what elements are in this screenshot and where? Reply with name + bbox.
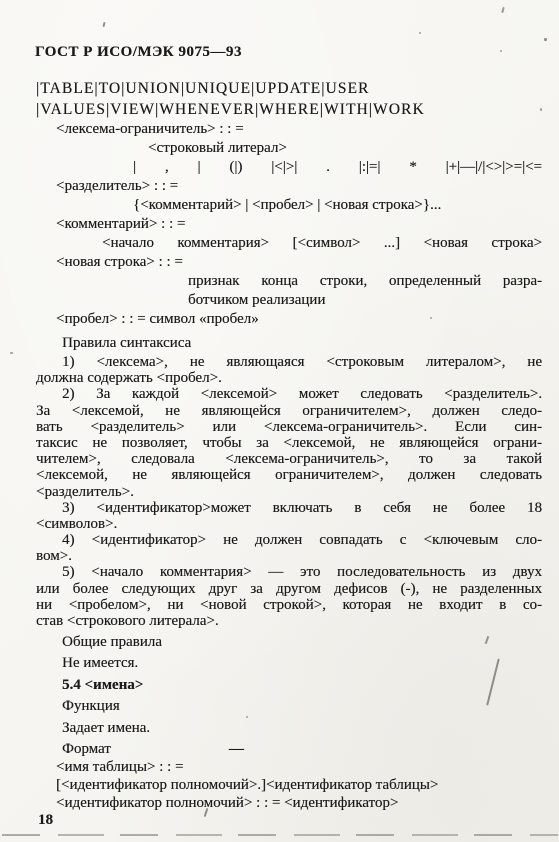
rule-line: За <лексемой, не являющейся ограничителе… bbox=[36, 403, 542, 419]
rule-line: 1) <лексема>, не являющаяся <строковым л… bbox=[36, 354, 542, 370]
scan-speck bbox=[500, 50, 502, 52]
syntax-rules-heading: Правила синтаксиса bbox=[36, 335, 542, 352]
bnf-line: <комментарий> : : = bbox=[36, 215, 542, 234]
bnf-line: {<комментарий> | <пробел> | <новая строк… bbox=[36, 196, 542, 215]
bnf-line: <начало комментария> [<символ> ...] <нов… bbox=[36, 234, 542, 253]
scan-speck bbox=[246, 716, 248, 718]
bottom-scan-rule bbox=[2, 834, 558, 836]
rule-line: таксис не позволяет, чтобы за <лексемой,… bbox=[36, 435, 542, 451]
standard-number-header: ГОСТ Р ИСО/МЭК 9075—93 bbox=[35, 44, 242, 61]
function-text: Задает имена. bbox=[36, 720, 542, 737]
format-heading-line: Формат— bbox=[36, 741, 542, 758]
scan-speck bbox=[544, 38, 547, 41]
rule-line: 4) <идентификатор> не должен совпадать с… bbox=[36, 532, 542, 548]
scan-speck bbox=[103, 22, 106, 27]
bnf-line: признак конца строки, определенный разра… bbox=[36, 272, 542, 291]
scan-speck bbox=[419, 32, 421, 34]
page-number: 18 bbox=[38, 812, 53, 829]
bnf-line: ботчиком реализации bbox=[36, 291, 542, 310]
bnf-line: <идентификатор полномочий> : : = <иденти… bbox=[36, 794, 542, 812]
bnf-line: <лексема-ограничитель> : : = bbox=[36, 120, 542, 139]
format-heading: Формат bbox=[62, 741, 111, 757]
rule-line: 5) <начало комментария> — это последоват… bbox=[36, 564, 542, 580]
rule-line: вать <разделитель> или <лексема-ограничи… bbox=[36, 419, 542, 435]
scan-speck bbox=[540, 108, 542, 111]
bnf-line: <имя таблицы> : : = bbox=[36, 758, 542, 776]
rule-line: чителем>, следовала <лексема-ограничител… bbox=[36, 451, 542, 467]
rule-line: 2) За каждой <лексемой> может следовать … bbox=[36, 386, 542, 402]
page-content: |TABLE|TO|UNION|UNIQUE|UPDATE|USER |VALU… bbox=[36, 78, 542, 812]
rule-line: 3) <идентификатор>может включать в себя … bbox=[36, 500, 542, 516]
rule-line: став <строкового литерала>. bbox=[36, 613, 542, 629]
rule-line: ни <пробелом>, ни <новой строкой>, котор… bbox=[36, 597, 542, 613]
scan-speck bbox=[10, 352, 13, 354]
general-rules-text: Не имеется. bbox=[36, 655, 542, 672]
section-5-4-heading: 5.4 <имена> bbox=[36, 677, 542, 694]
bnf-line: <пробел> : : = символ «пробел» bbox=[36, 310, 542, 329]
general-rules-heading: Общие правила bbox=[36, 634, 542, 651]
rule-line: или более следующих друг за другом дефис… bbox=[36, 581, 542, 597]
sql-keywords-line: |TABLE|TO|UNION|UNIQUE|UPDATE|USER bbox=[36, 78, 542, 99]
rule-line: <лексемой, не являющейся ограничителем>,… bbox=[36, 467, 542, 483]
scan-speck bbox=[430, 317, 432, 319]
bnf-line: [<идентификатор полномочий>.]<идентифика… bbox=[36, 776, 542, 794]
scan-speck bbox=[501, 7, 505, 13]
rule-line: <разделитель>. bbox=[36, 484, 542, 500]
scanned-document-page: ГОСТ Р ИСО/МЭК 9075—93 |TABLE|TO|UNION|U… bbox=[0, 0, 559, 842]
bnf-line: <строковый литерал> bbox=[36, 139, 542, 158]
rule-line: вом>. bbox=[36, 548, 542, 564]
bnf-line: <разделитель> : : = bbox=[36, 177, 542, 196]
sql-keywords-line: |VALUES|VIEW|WHENEVER|WHERE|WITH|WORK bbox=[36, 99, 542, 120]
rule-line: <символов>. bbox=[36, 516, 542, 532]
bnf-line: | , | (|) |<|>| . |:|=| * |+|—|/|<>|>=|<… bbox=[36, 158, 542, 177]
bnf-line: <новая строка> : : = bbox=[36, 253, 542, 272]
function-heading: Функция bbox=[36, 698, 542, 715]
stray-dash-mark: — bbox=[229, 741, 244, 758]
rule-line: должна содержать <пробел>. bbox=[36, 370, 542, 386]
